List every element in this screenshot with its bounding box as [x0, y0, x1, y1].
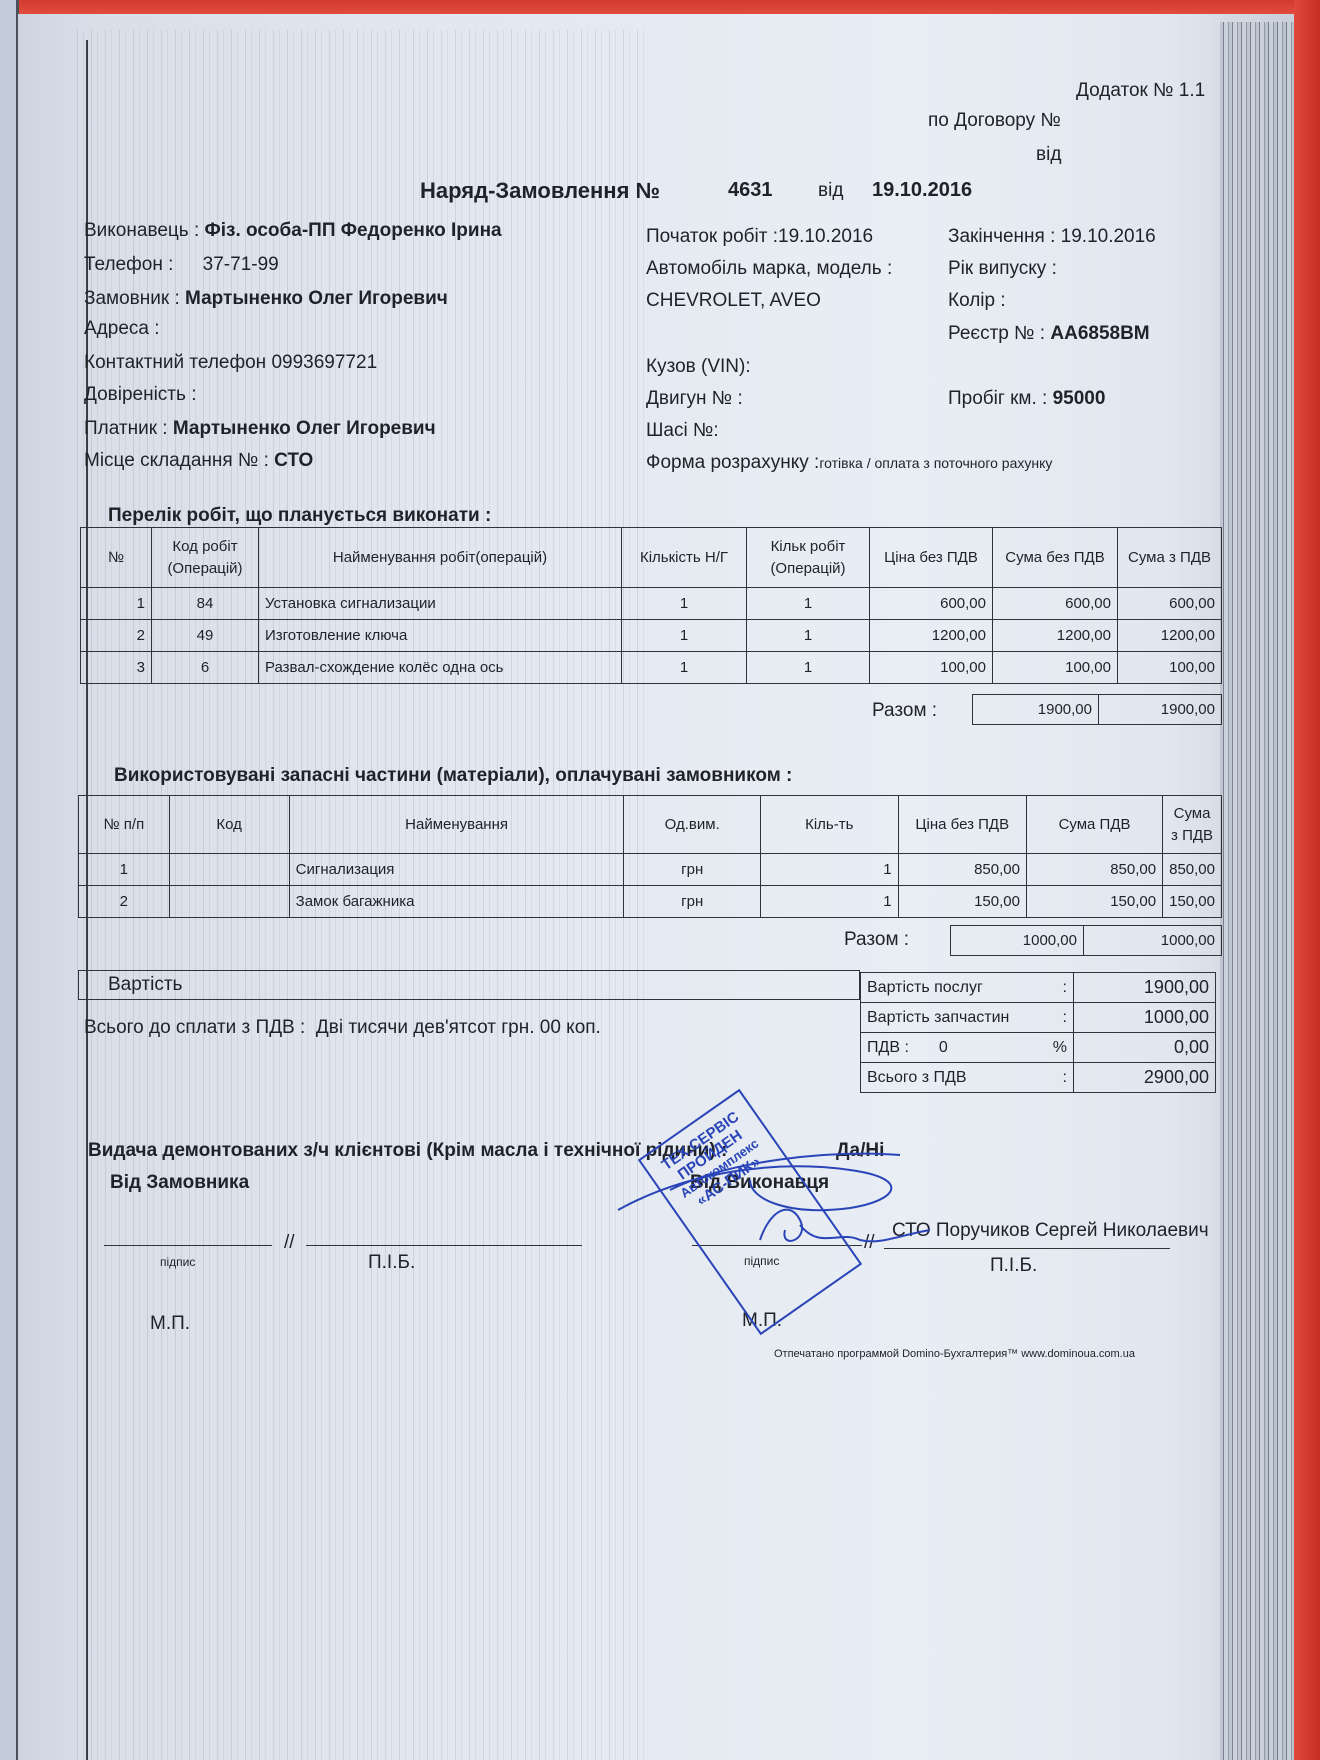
folder-left-edge — [0, 0, 19, 1760]
order-date: 19.10.2016 — [872, 179, 972, 202]
parts-column-header: Од.вим. — [624, 796, 760, 854]
cost-row — [78, 970, 860, 1000]
works-cell-qty: 1 — [622, 620, 747, 652]
works-cell-ops: 1 — [747, 620, 870, 652]
customer-signature-caption: підпис — [160, 1255, 195, 1269]
parts-cell-sum_vat: 150,00 — [1163, 886, 1222, 918]
summary-row: Всього з ПДВ:2900,00 — [861, 1063, 1216, 1093]
appendix-line-3: від — [1036, 144, 1061, 166]
handwritten-signature — [610, 1130, 940, 1280]
summary-label: Вартість послуг: — [861, 973, 1074, 1003]
works-cell-sum_vat: 100,00 — [1118, 652, 1222, 684]
summary-label: Вартість запчастин: — [861, 1003, 1074, 1033]
parts-cell-qty: 1 — [760, 886, 898, 918]
works-cell-code: 84 — [152, 588, 259, 620]
works-total-sum: 1900,00 — [973, 695, 1099, 725]
info-value: Фіз. особа-ПП Федоренко Ірина — [205, 220, 502, 241]
parts-cell-unit: грн — [624, 886, 760, 918]
works-total-table: 1900,00 1900,00 — [972, 694, 1222, 725]
parts-column-header: Сума з ПДВ — [1163, 796, 1222, 854]
page-stack-edge — [1220, 22, 1294, 1760]
works-cell-code: 6 — [152, 652, 259, 684]
info-value: Мартыненко Олег Игоревич — [173, 418, 436, 439]
payment-field: Форма розрахунку :готівка / оплата з пот… — [646, 452, 1052, 474]
works-column-header: № — [81, 528, 152, 588]
parts-cell-name: Замок багажника — [289, 886, 624, 918]
info-field: Контактний телефон 0993697721 — [84, 352, 377, 374]
parts-column-header: Сума ПДВ — [1026, 796, 1162, 854]
parts-cell-code — [169, 886, 289, 918]
summary-label: Всього з ПДВ: — [861, 1063, 1074, 1093]
info-label: Адреса : — [84, 318, 160, 339]
parts-total-sum: 1000,00 — [951, 926, 1084, 956]
works-heading: Перелік робіт, що планується виконати : — [108, 505, 491, 527]
works-cell-name: Изготовление ключа — [259, 620, 622, 652]
parts-column-header: Ціна без ПДВ — [898, 796, 1026, 854]
end-date-field: Закінчення : 19.10.2016 — [948, 226, 1156, 248]
info-field: Виконавець : Фіз. особа-ПП Федоренко Іри… — [84, 220, 502, 242]
document-title: Наряд-Замовлення № — [420, 178, 660, 204]
year-label: Рік випуску : — [948, 258, 1057, 280]
appendix-line-1: Додаток № 1.1 — [1076, 80, 1205, 102]
works-column-header: Найменування робіт(операцій) — [259, 528, 622, 588]
parts-total-sum-vat: 1000,00 — [1084, 926, 1222, 956]
parts-cell-unit: грн — [624, 854, 760, 886]
parts-row: 2Замок багажникагрн1150,00150,00150,00 — [79, 886, 1222, 918]
works-column-header: Сума з ПДВ — [1118, 528, 1222, 588]
summary-label: ПДВ :0% — [861, 1033, 1074, 1063]
parts-total-table: 1000,00 1000,00 — [950, 925, 1222, 956]
customer-seal-caption: М.П. — [150, 1313, 190, 1335]
start-date-field: Початок робіт :19.10.2016 — [646, 226, 873, 248]
summary-value: 1900,00 — [1074, 973, 1216, 1003]
works-cell-qty: 1 — [622, 588, 747, 620]
works-column-header: Ціна без ПДВ — [870, 528, 993, 588]
works-column-header: Кільк робіт (Операцій) — [747, 528, 870, 588]
vin-label: Кузов (VIN): — [646, 356, 751, 378]
info-label: Замовник : — [84, 288, 180, 309]
car-model-value: CHEVROLET, AVEO — [646, 290, 821, 312]
works-cell-n: 3 — [81, 652, 152, 684]
info-label: Виконавець : — [84, 220, 199, 241]
parts-column-header: Код — [169, 796, 289, 854]
parts-table: № п/пКодНайменуванняОд.вим.Кіль-тьЦіна б… — [78, 795, 1222, 918]
works-row: 249Изготовление ключа111200,001200,00120… — [81, 620, 1222, 652]
works-cell-n: 1 — [81, 588, 152, 620]
parts-cell-name: Сигнализация — [289, 854, 624, 886]
info-field: Замовник : Мартыненко Олег Игоревич — [84, 288, 448, 310]
works-column-header: Сума без ПДВ — [993, 528, 1118, 588]
info-value: 37-71-99 — [203, 254, 279, 275]
works-cell-name: Установка сигнализации — [259, 588, 622, 620]
works-row: 36Развал-схождение колёс одна ось11100,0… — [81, 652, 1222, 684]
parts-column-header: Кіль-ть — [760, 796, 898, 854]
parts-cell-price: 150,00 — [898, 886, 1026, 918]
parts-total-label: Разом : — [844, 929, 909, 951]
info-field: Довіреність : — [84, 384, 196, 406]
works-cell-qty: 1 — [622, 652, 747, 684]
works-table: №Код робіт (Операцій)Найменування робіт(… — [80, 527, 1222, 684]
works-cell-ops: 1 — [747, 588, 870, 620]
cost-summary-table: Вартість послуг:1900,00Вартість запчасти… — [860, 972, 1216, 1093]
info-label: Місце складання № : — [84, 450, 269, 471]
summary-row: Вартість запчастин:1000,00 — [861, 1003, 1216, 1033]
title-from-label: від — [818, 180, 843, 202]
registration-field: Реєстр № : AA6858BM — [948, 323, 1150, 345]
works-total-label: Разом : — [872, 700, 937, 722]
parts-column-header: Найменування — [289, 796, 624, 854]
works-cell-sum_vat: 600,00 — [1118, 588, 1222, 620]
parts-cell-sum: 150,00 — [1026, 886, 1162, 918]
customer-name-caption: П.І.Б. — [368, 1252, 415, 1274]
summary-row: ПДВ :0%0,00 — [861, 1033, 1216, 1063]
works-cell-price: 1200,00 — [870, 620, 993, 652]
summary-value: 1000,00 — [1074, 1003, 1216, 1033]
parts-cell-price: 850,00 — [898, 854, 1026, 886]
works-cell-sum: 100,00 — [993, 652, 1118, 684]
works-cell-sum_vat: 1200,00 — [1118, 620, 1222, 652]
info-field: Платник : Мартыненко Олег Игоревич — [84, 418, 436, 440]
works-cell-price: 100,00 — [870, 652, 993, 684]
parts-cell-n: 2 — [79, 886, 170, 918]
info-label: Довіреність : — [84, 384, 196, 405]
parts-cell-sum_vat: 850,00 — [1163, 854, 1222, 886]
works-column-header: Кількість Н/Г — [622, 528, 747, 588]
color-label: Колір : — [948, 290, 1006, 312]
info-field: Адреса : — [84, 318, 160, 340]
info-label: Телефон : — [84, 254, 173, 275]
info-value: СТО — [274, 450, 313, 471]
folder-right-edge — [1294, 0, 1320, 1760]
customer-name-line — [306, 1245, 582, 1246]
works-cell-price: 600,00 — [870, 588, 993, 620]
parts-cell-qty: 1 — [760, 854, 898, 886]
cost-label: Вартість — [108, 974, 182, 996]
appendix-line-2: по Договору № — [928, 110, 1061, 132]
summary-value: 0,00 — [1074, 1033, 1216, 1063]
works-column-header: Код робіт (Операцій) — [152, 528, 259, 588]
separator: // — [284, 1232, 295, 1254]
parts-row: 1Сигнализациягрн1850,00850,00850,00 — [79, 854, 1222, 886]
info-field: Телефон : 37-71-99 — [84, 254, 279, 276]
info-value: Мартыненко Олег Игоревич — [185, 288, 448, 309]
works-row: 184Установка сигнализации11600,00600,006… — [81, 588, 1222, 620]
works-total-sum-vat: 1900,00 — [1099, 695, 1222, 725]
works-cell-code: 49 — [152, 620, 259, 652]
parts-heading: Використовувані запасні частини (матеріа… — [114, 765, 792, 787]
chassis-label: Шасі №: — [646, 420, 719, 442]
mileage-field: Пробіг км. : 95000 — [948, 388, 1105, 410]
car-model-label: Автомобіль марка, модель : — [646, 258, 892, 280]
order-number: 4631 — [728, 179, 773, 202]
works-cell-sum: 600,00 — [993, 588, 1118, 620]
info-label: Платник : — [84, 418, 168, 439]
summary-row: Вартість послуг:1900,00 — [861, 973, 1216, 1003]
from-customer-label: Від Замовника — [110, 1172, 249, 1194]
contractor-name-caption: П.І.Б. — [990, 1255, 1037, 1277]
summary-value: 2900,00 — [1074, 1063, 1216, 1093]
works-cell-name: Развал-схождение колёс одна ось — [259, 652, 622, 684]
engine-label: Двигун № : — [646, 388, 743, 410]
info-label: Контактний телефон — [84, 352, 266, 373]
parts-cell-sum: 850,00 — [1026, 854, 1162, 886]
works-cell-sum: 1200,00 — [993, 620, 1118, 652]
info-field: Місце складання № : СТО — [84, 450, 313, 472]
total-in-words: Всього до сплати з ПДВ : Дві тисячи дев'… — [84, 1017, 601, 1039]
parts-cell-n: 1 — [79, 854, 170, 886]
info-value: 0993697721 — [271, 352, 377, 373]
works-cell-ops: 1 — [747, 652, 870, 684]
works-cell-n: 2 — [81, 620, 152, 652]
customer-signature-line — [104, 1245, 272, 1246]
footer-note: Отпечатано программой Domino-Бухгалтерия… — [774, 1348, 1135, 1360]
parts-column-header: № п/п — [79, 796, 170, 854]
parts-cell-code — [169, 854, 289, 886]
